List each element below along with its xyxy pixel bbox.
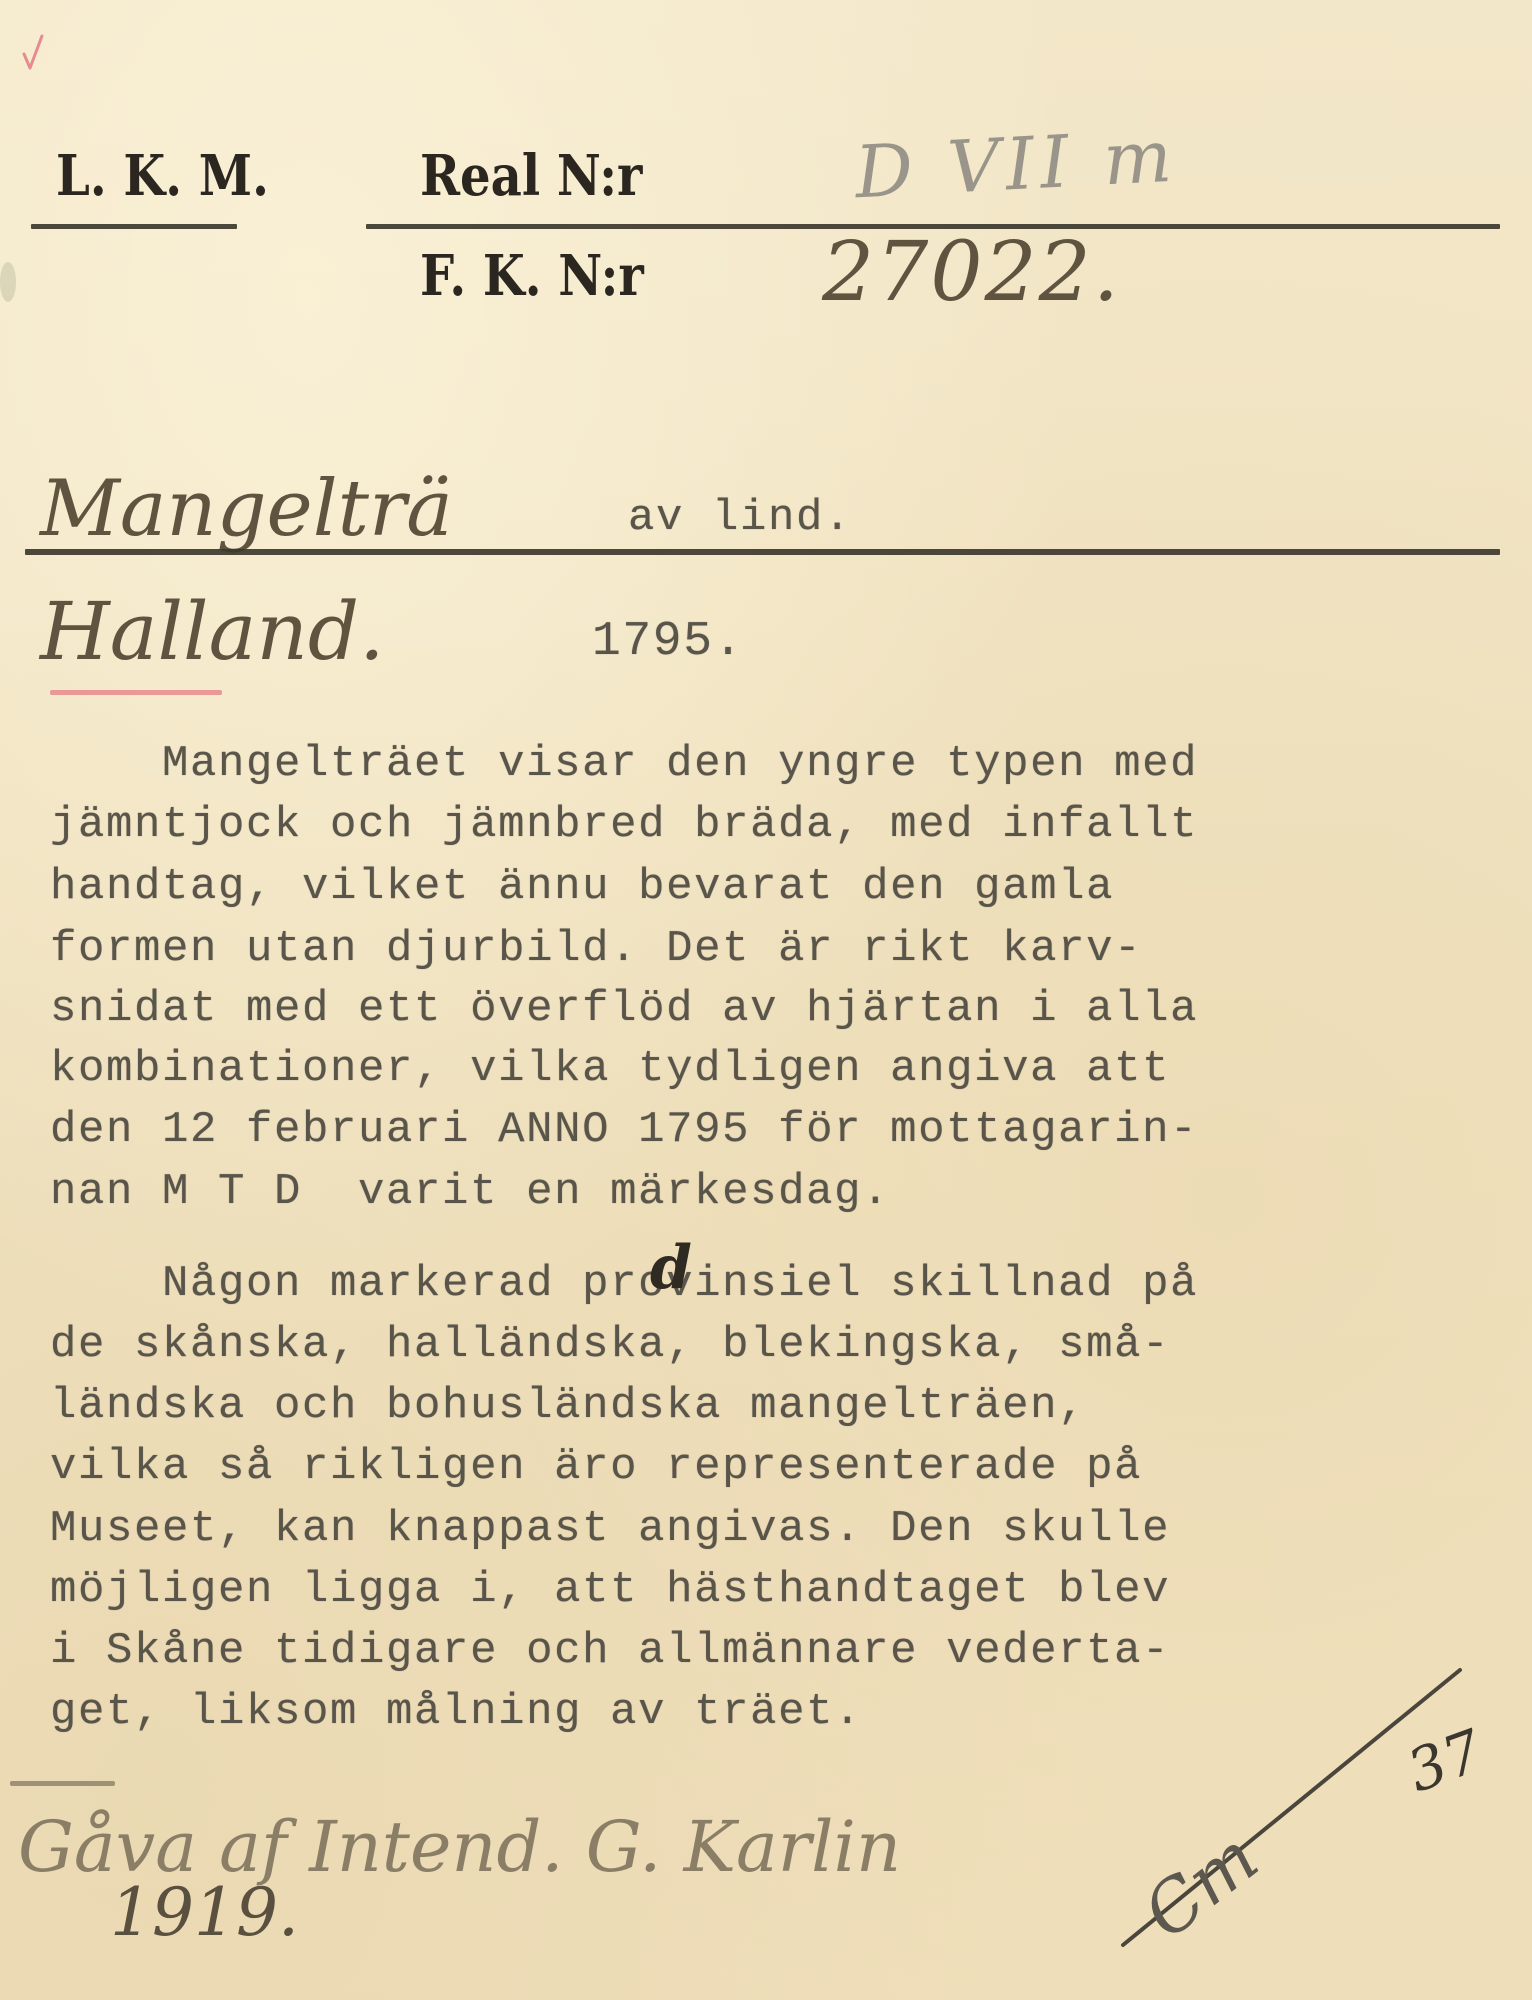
paragraph-line: Mangelträet visar den yngre typen med (50, 742, 1198, 786)
paragraph-line: Någon markerad provinsiel skillnad på (50, 1262, 1198, 1306)
header-rule-left (31, 224, 237, 229)
paragraph-line: i Skåne tidigare och allmännare vederta- (50, 1629, 1170, 1673)
paragraph-line: den 12 februari ANNO 1795 för mottagarin… (50, 1108, 1198, 1152)
paragraph-line: de skånska, halländska, blekingska, små- (50, 1323, 1170, 1367)
fk-nr-value: 27022. (822, 232, 1121, 314)
paragraph-line: jämntjock och jämnbred bräda, med infall… (50, 803, 1198, 847)
paragraph-line: kombinationer, vilka tydligen angiva att (50, 1047, 1170, 1091)
paragraph-line: handtag, vilket ännu bevarat den gamla (50, 865, 1114, 909)
donation-year: 1919. (110, 1880, 299, 1946)
real-nr-label: Real N:r (420, 148, 642, 204)
museum-abbreviation: L. K. M. (56, 148, 269, 204)
handwritten-correction: d (650, 1238, 692, 1298)
paragraph-line: vilka så rikligen äro representerade på (50, 1445, 1142, 1489)
title-rule (25, 549, 1500, 555)
real-nr-value: D VII m (853, 120, 1179, 209)
paragraph-line: formen utan djurbild. Det är rikt karv- (50, 927, 1142, 971)
paragraph-line: get, liksom målning av träet. (50, 1690, 862, 1734)
place-handwritten: Halland. (40, 592, 385, 672)
paragraph-line: Museet, kan knappast angivas. Den skulle (50, 1507, 1170, 1551)
footer-rule-short (10, 1781, 115, 1786)
paragraph-line: snidat med ett överflöd av hjärtan i all… (50, 987, 1198, 1031)
year-typed: 1795. (592, 618, 744, 666)
paragraph-line: nan M T D varit en märkesdag. (50, 1170, 890, 1214)
paragraph-line: ländska och bohusländska mangelträen, (50, 1384, 1086, 1428)
donation-note: Gåva af Intend. G. Karlin (18, 1812, 901, 1882)
paragraph-line: möjligen ligga i, att hästhandtaget blev (50, 1568, 1170, 1612)
object-material-typed: av lind. (628, 496, 852, 540)
fk-nr-label: F. K. N:r (420, 248, 644, 304)
stain-mark (0, 262, 16, 302)
check-mark-icon (18, 30, 48, 80)
red-pencil-underline (50, 690, 222, 695)
object-name-handwritten: Mangelträ (40, 470, 453, 548)
